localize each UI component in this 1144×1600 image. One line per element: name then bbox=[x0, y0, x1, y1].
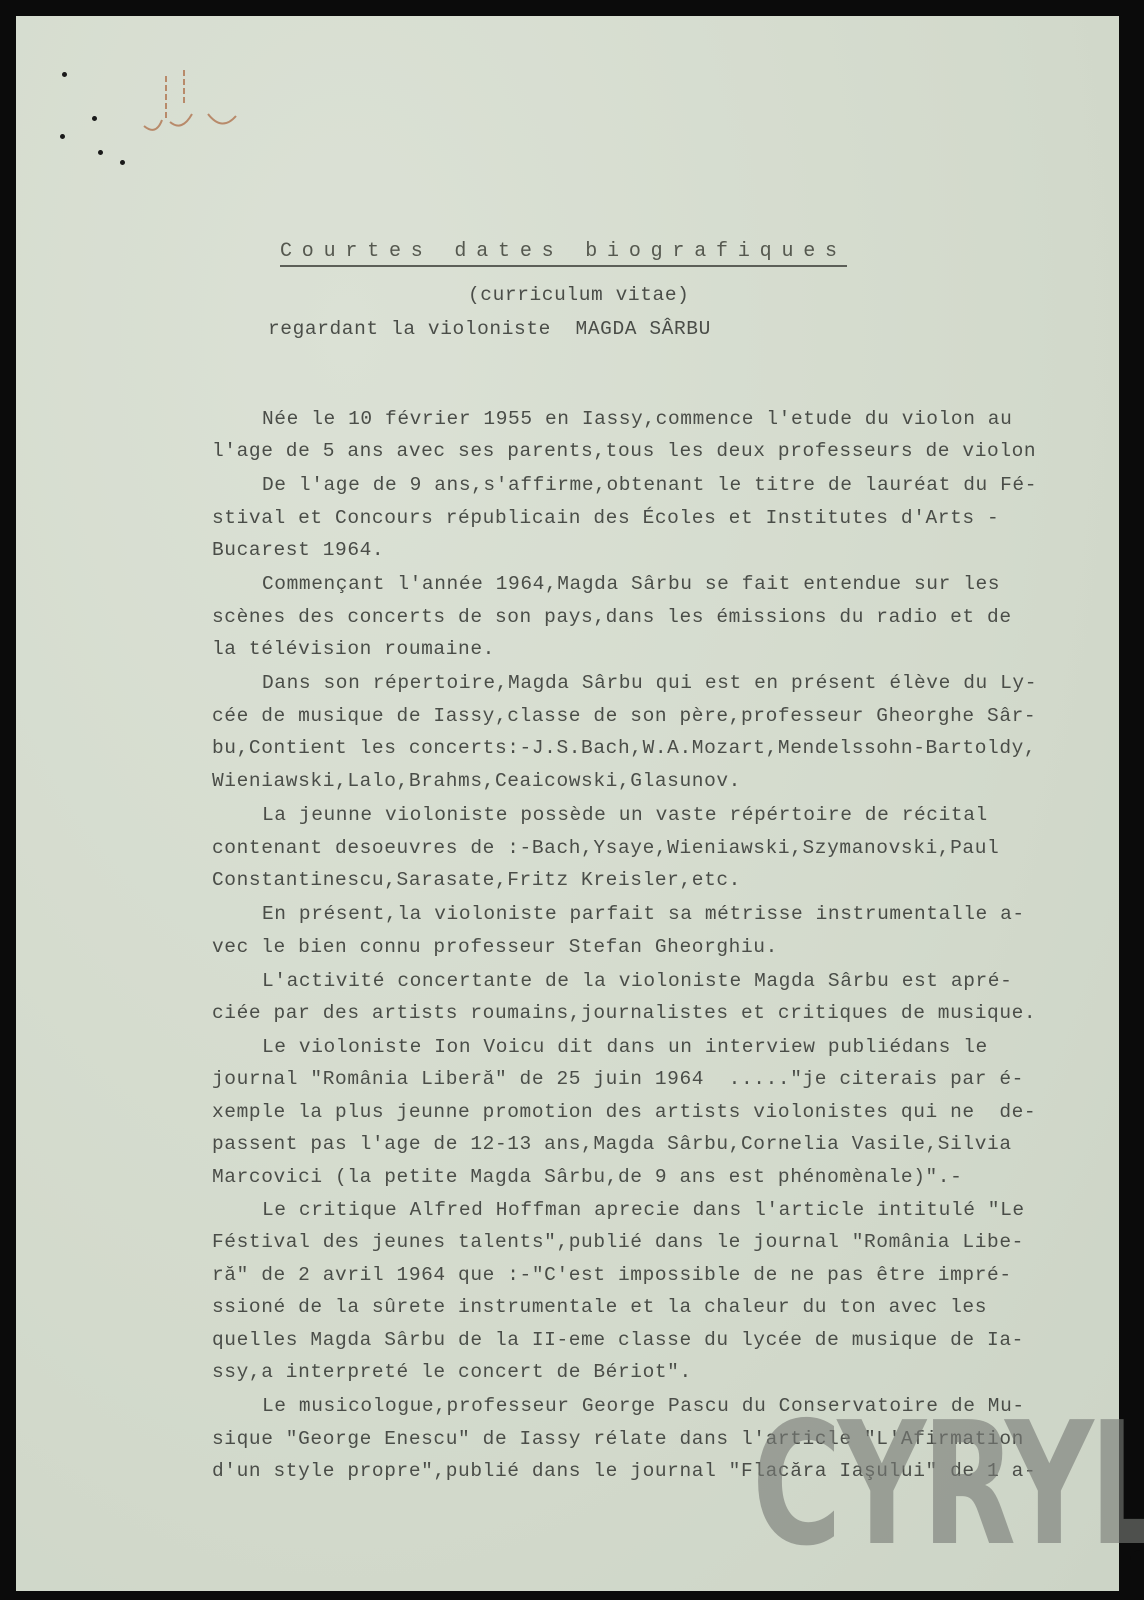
document-line: quelles Magda Sârbu de la II-eme classe … bbox=[212, 1329, 1024, 1351]
document-line: bu,Contient les concerts:-J.S.Bach,W.A.M… bbox=[212, 737, 1036, 759]
document-line: L'activité concertante de la violoniste … bbox=[262, 970, 1012, 992]
document-line: xemple la plus jeunne promotion des arti… bbox=[212, 1101, 1036, 1123]
document-line: Féstival des jeunes talents",publié dans… bbox=[212, 1231, 1024, 1253]
document-line: Née le 10 février 1955 en Iassy,commence… bbox=[262, 408, 1012, 430]
punch-hole bbox=[62, 72, 67, 77]
document-line: passent pas l'age de 12-13 ans,Magda Sâr… bbox=[212, 1133, 1012, 1155]
document-line: Marcovici (la petite Magda Sârbu,de 9 an… bbox=[212, 1166, 962, 1188]
document-line: vec le bien connu professeur Stefan Gheo… bbox=[212, 936, 778, 958]
punch-hole bbox=[98, 150, 103, 155]
handwritten-pencil-mark bbox=[126, 56, 246, 136]
document-line: Dans son répertoire,Magda Sârbu qui est … bbox=[262, 672, 1037, 694]
document-line: journal "România Liberă" de 25 juin 1964… bbox=[212, 1068, 1024, 1090]
subject-line: regardant la violoniste MAGDA SÂRBU bbox=[268, 318, 711, 340]
document-line: la télévision roumaine. bbox=[212, 638, 495, 660]
torn-corner bbox=[1130, 1550, 1144, 1600]
document-line: scènes des concerts de son pays,dans les… bbox=[212, 606, 1012, 628]
document-line: contenant desoeuvres de :-Bach,Ysaye,Wie… bbox=[212, 837, 999, 859]
document-line: Le violoniste Ion Voicu dit dans un inte… bbox=[262, 1036, 988, 1058]
document-title: Courtes dates biografiques bbox=[280, 240, 847, 267]
document-line: Constantinescu,Sarasate,Fritz Kreisler,e… bbox=[212, 869, 741, 891]
document-line: De l'age de 9 ans,s'affirme,obtenant le … bbox=[262, 474, 1037, 496]
document-line: ră" de 2 avril 1964 que :-"C'est impossi… bbox=[212, 1264, 1012, 1286]
punch-hole bbox=[120, 160, 125, 165]
document-line: Bucarest 1964. bbox=[212, 539, 384, 561]
document-line: Le critique Alfred Hoffman aprecie dans … bbox=[262, 1199, 1025, 1221]
watermark-logo: CYRYL bbox=[752, 1410, 1144, 1560]
document-line: En présent,la violoniste parfait sa métr… bbox=[262, 903, 1025, 925]
document-line: l'age de 5 ans avec ses parents,tous les… bbox=[212, 440, 1036, 462]
document-line: cée de musique de Iassy,classe de son pè… bbox=[212, 705, 1036, 727]
document-subtitle: (curriculum vitae) bbox=[468, 284, 689, 306]
document-line: ssioné de la sûrete instrumentale et la … bbox=[212, 1296, 987, 1318]
punch-hole bbox=[92, 116, 97, 121]
punch-hole bbox=[60, 134, 65, 139]
document-line: ciée par des artists roumains,journalist… bbox=[212, 1002, 1036, 1024]
document-line: stival et Concours républicain des École… bbox=[212, 507, 999, 529]
document-line: La jeunne violoniste possède un vaste ré… bbox=[262, 804, 988, 826]
document-line: Commençant l'année 1964,Magda Sârbu se f… bbox=[262, 573, 1000, 595]
document-line: Wieniawski,Lalo,Brahms,Ceaicowski,Glasun… bbox=[212, 770, 741, 792]
document-line: ssy,a interpreté le concert de Bériot". bbox=[212, 1361, 692, 1383]
